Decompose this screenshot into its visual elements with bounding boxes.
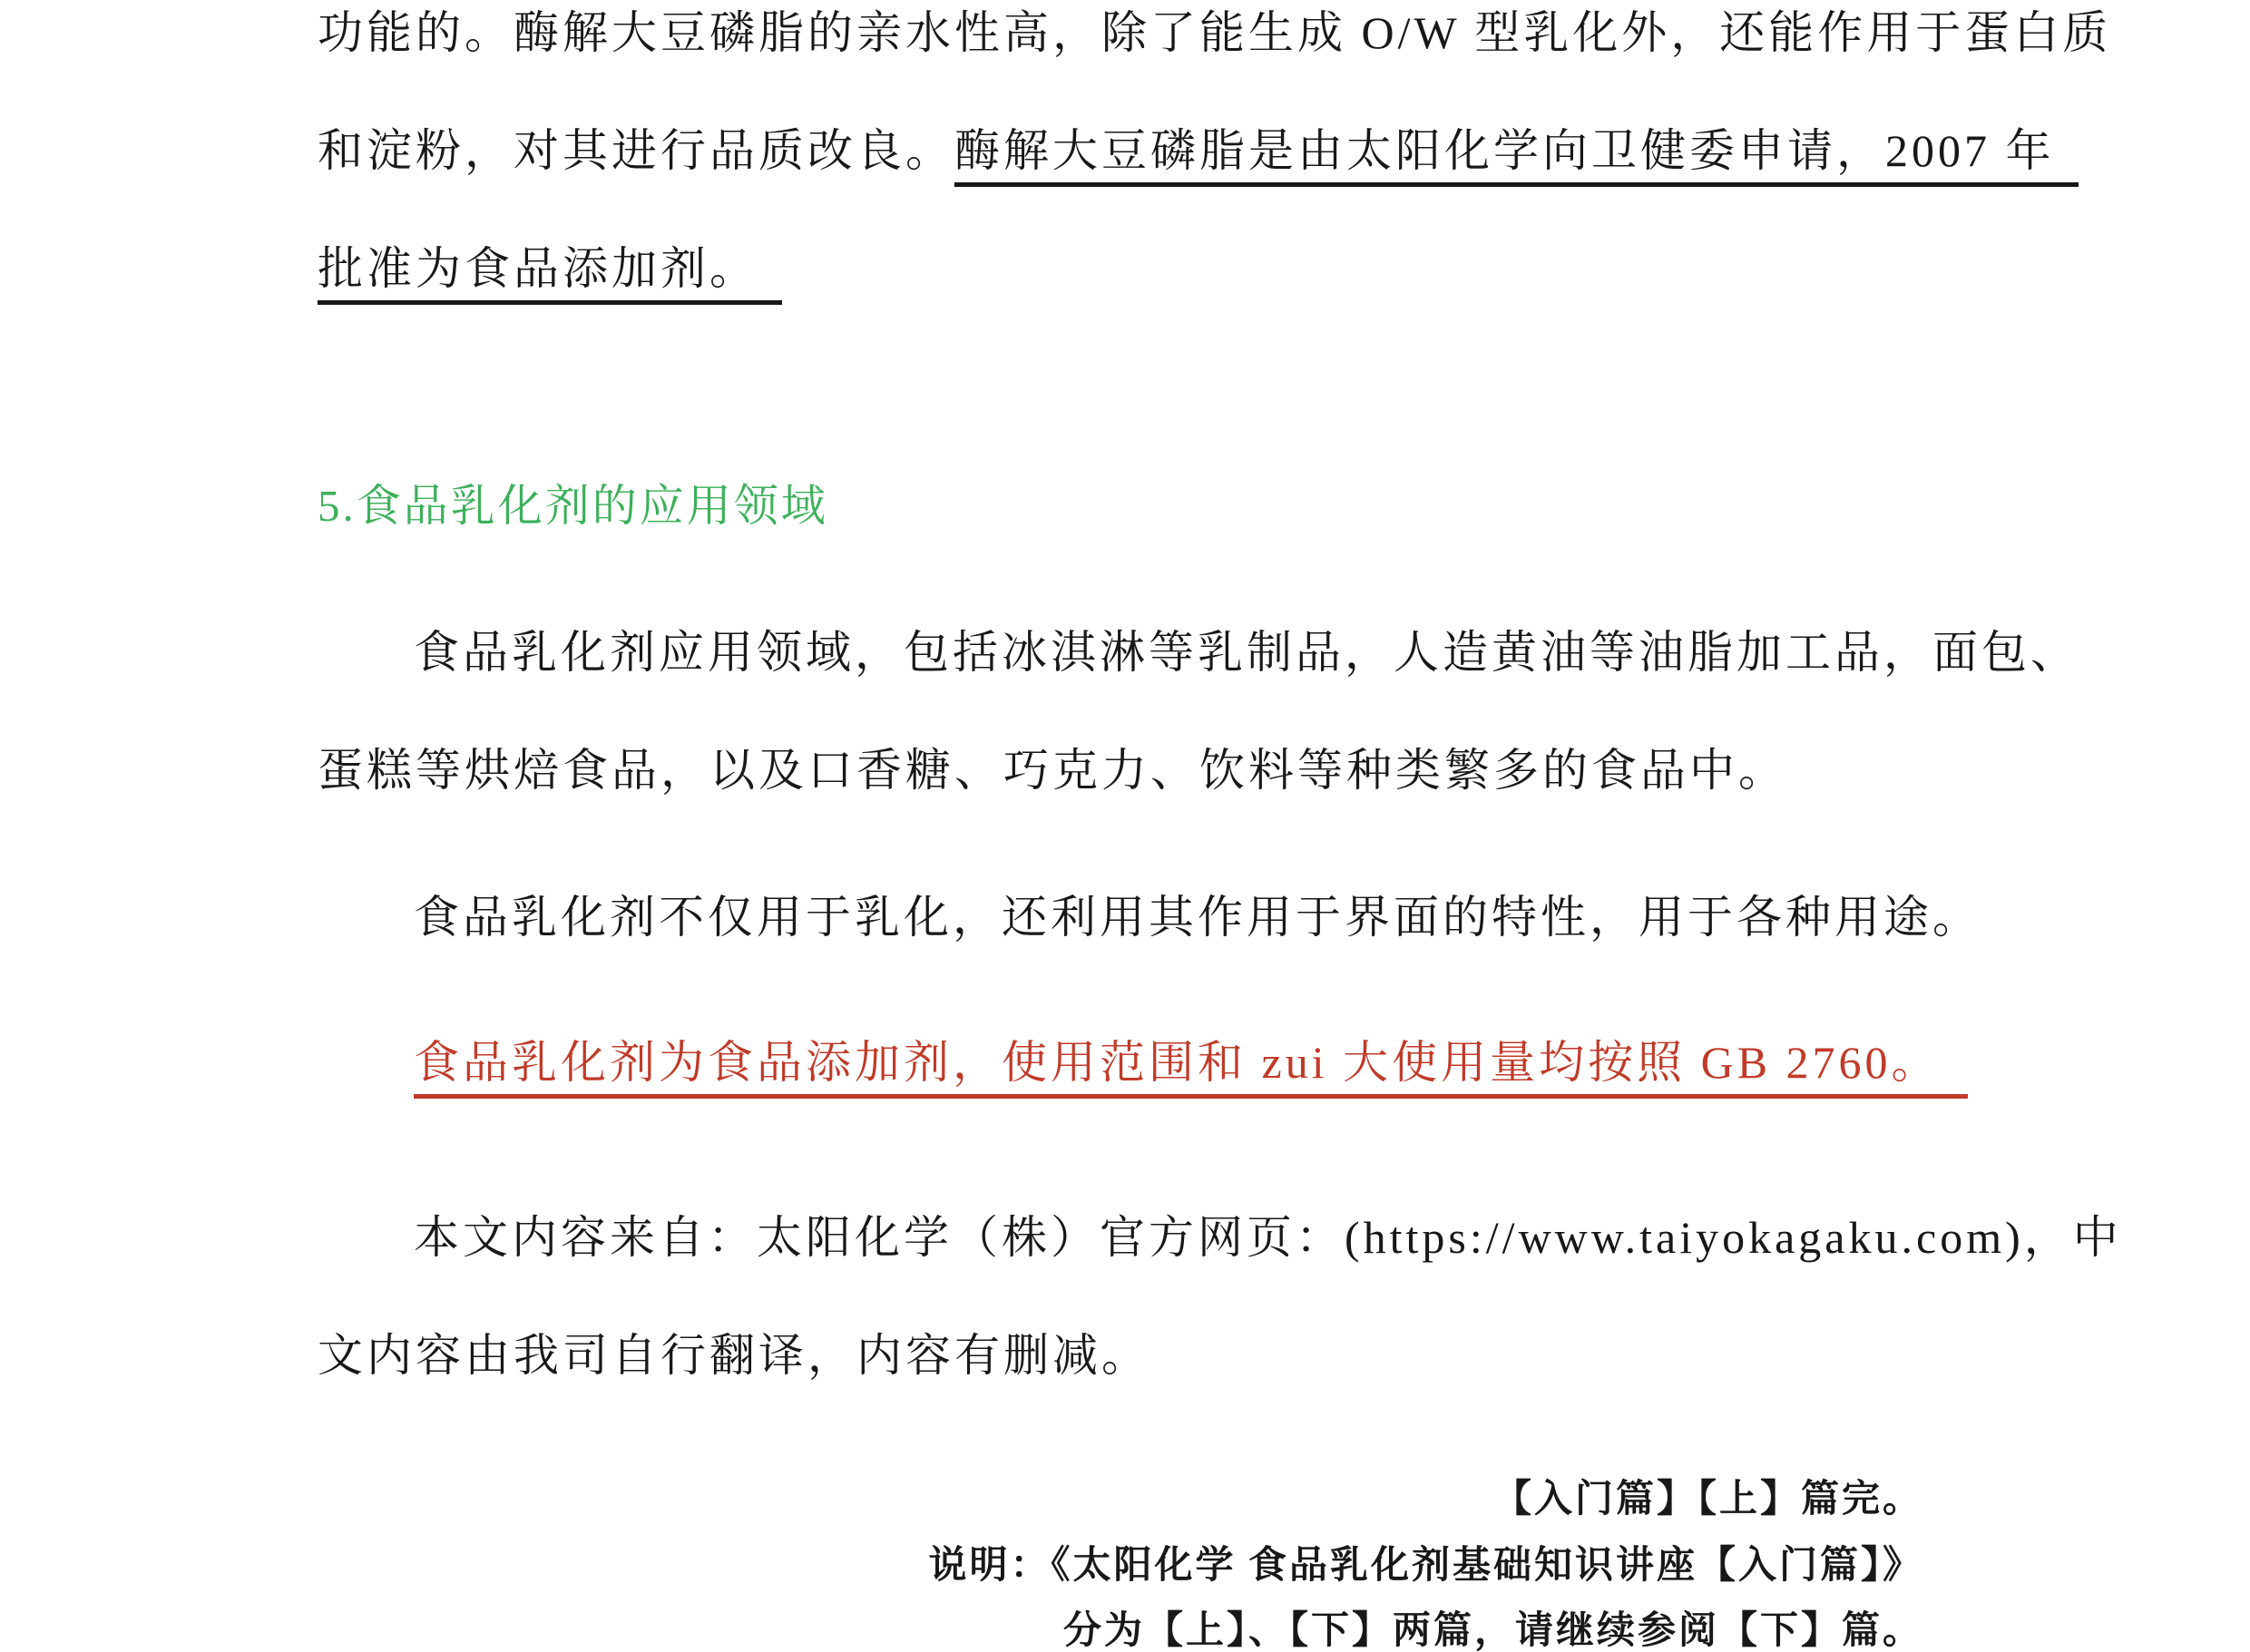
paragraph-line: 食品乳化剂应用领域，包括冰淇淋等乳制品，人造黄油等油脂加工品，面包、 — [318, 624, 2079, 680]
section-heading: 5.食品乳化剂的应用领域 — [318, 478, 828, 534]
footer-line-continue-note: 分为【上】、【下】两篇，请继续参阅【下】篇。 — [318, 1608, 1923, 1652]
body-text: 和淀粉，对其进行品质改良。 — [318, 125, 954, 176]
body-text: 食品乳化剂应用领域，包括冰淇淋等乳制品，人造黄油等油脂加工品，面包、 — [414, 627, 2079, 678]
paragraph-line: 本文内容来自：太阳化学（株）官方网页：(https://www.taiyokag… — [318, 1209, 2122, 1266]
paragraph-line: 文内容由我司自行翻译，内容有删减。 — [318, 1327, 1150, 1383]
footer-line-end-note: 【入门篇】【上】篇完。 — [318, 1477, 1923, 1522]
paragraph-line: 和淀粉，对其进行品质改良。酶解大豆磷脂是由太阳化学向卫健委申请，2007 年 — [318, 122, 2079, 179]
paragraph-line: 食品乳化剂不仅用于乳化，还利用其作用于界面的特性，用于各种用途。 — [318, 889, 1981, 945]
footer-text: 【入门篇】【上】篇完。 — [1493, 1479, 1923, 1520]
body-text: 本文内容来自：太阳化学（株）官方网页：(https://www.taiyokag… — [414, 1212, 2122, 1263]
section-heading-text: 5.食品乳化剂的应用领域 — [318, 481, 828, 531]
paragraph-line: 蛋糕等烘焙食品，以及口香糖、巧克力、饮料等种类繁多的食品中。 — [318, 742, 1787, 798]
document-page: 功能的。酶解大豆磷脂的亲水性高，除了能生成 O/W 型乳化外，还能作用于蛋白质 … — [0, 0, 2250, 1652]
body-text: 功能的。酶解大豆磷脂的亲水性高，除了能生成 O/W 型乳化外，还能作用于蛋白质 — [318, 7, 2111, 58]
underlined-text: 酶解大豆磷脂是由太阳化学向卫健委申请，2007 年 — [954, 125, 2079, 187]
body-text: 食品乳化剂不仅用于乳化，还利用其作用于界面的特性，用于各种用途。 — [414, 892, 1981, 943]
paragraph-line: 批准为食品添加剂。 — [318, 240, 782, 297]
body-text: 文内容由我司自行翻译，内容有删减。 — [318, 1330, 1150, 1381]
body-text: 蛋糕等烘焙食品，以及口香糖、巧克力、饮料等种类繁多的食品中。 — [318, 745, 1787, 796]
footer-text: 说明：《太阳化学 食品乳化剂基础知识讲座【入门篇】》 — [928, 1545, 1923, 1587]
footer-line-series-note: 说明：《太阳化学 食品乳化剂基础知识讲座【入门篇】》 — [318, 1543, 1923, 1588]
paragraph-line: 功能的。酶解大豆磷脂的亲水性高，除了能生成 O/W 型乳化外，还能作用于蛋白质 — [318, 5, 2111, 61]
footer-text: 分为【上】、【下】两篇，请继续参阅【下】篇。 — [1063, 1610, 1923, 1652]
paragraph-line-highlight: 食品乳化剂为食品添加剂，使用范围和 zui 大使用量均按照 GB 2760。 — [318, 1034, 1968, 1090]
red-underlined-text: 食品乳化剂为食品添加剂，使用范围和 zui 大使用量均按照 GB 2760。 — [414, 1037, 1968, 1099]
underlined-text: 批准为食品添加剂。 — [318, 243, 782, 305]
